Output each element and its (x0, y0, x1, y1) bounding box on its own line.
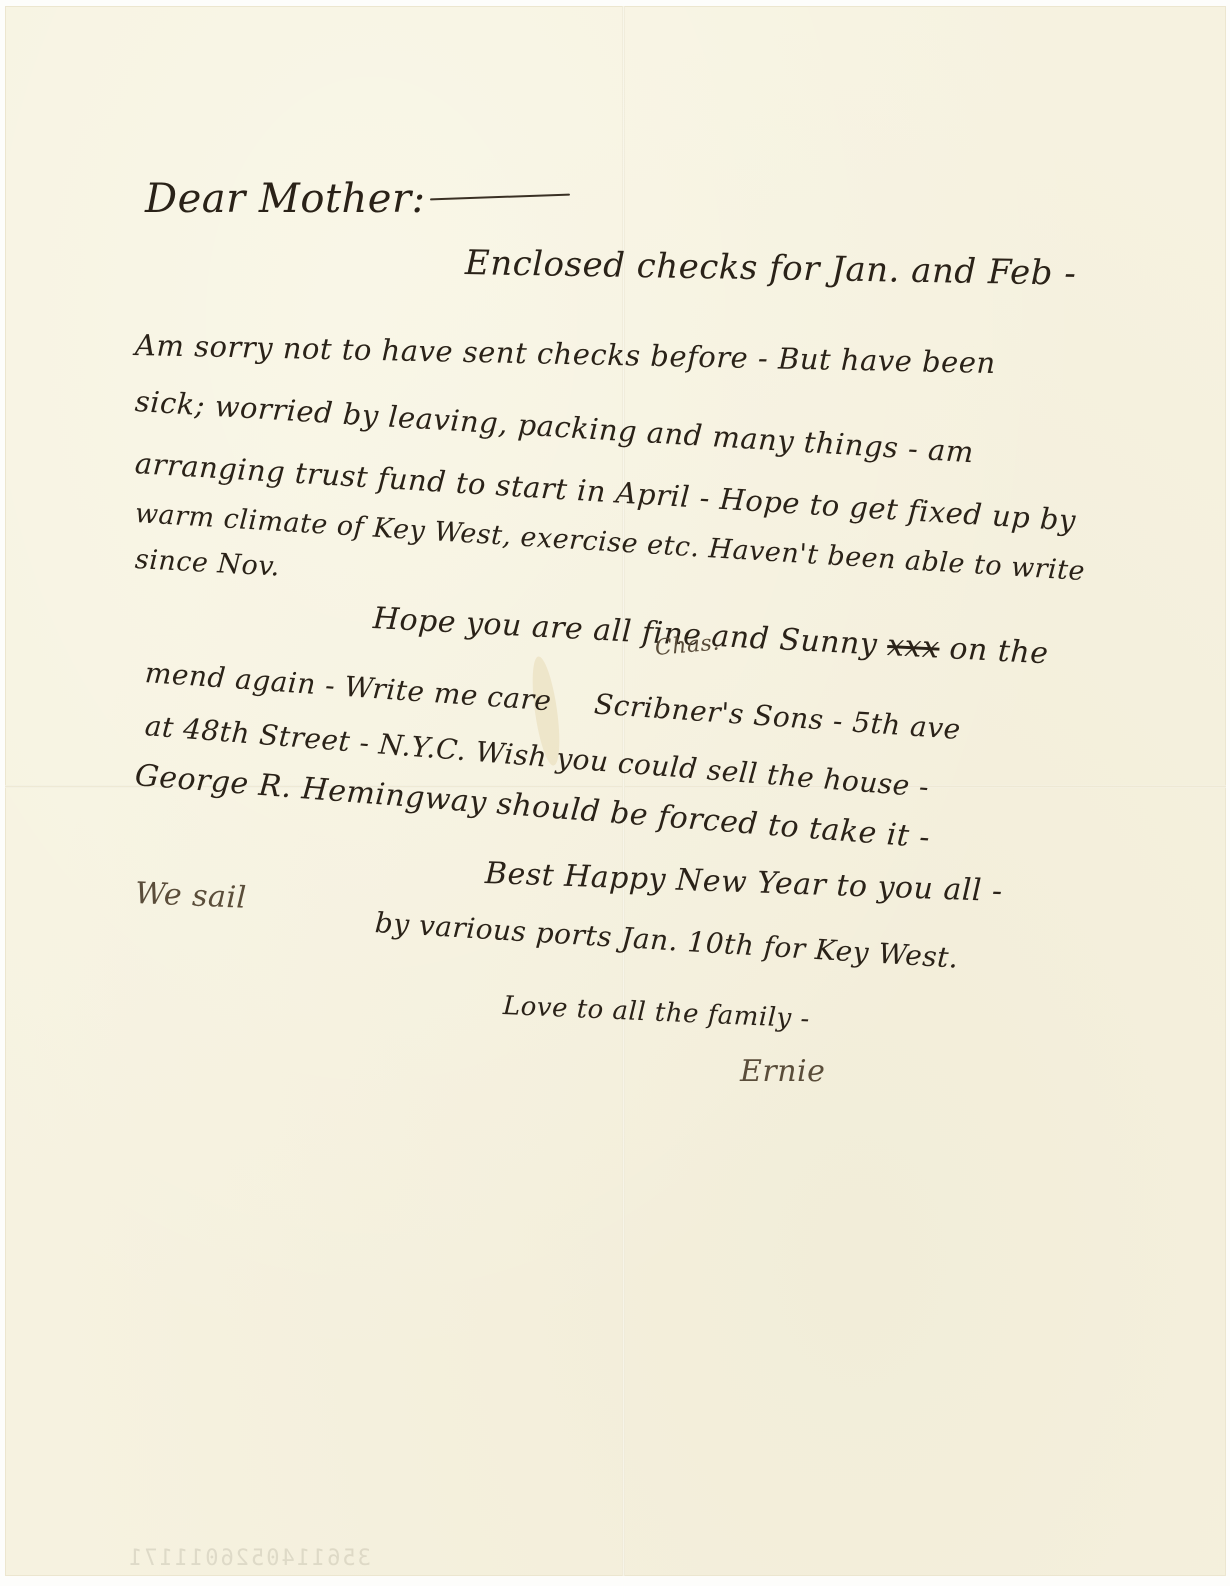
letter-line-7-text: Hope you are all fine and Sunny (372, 601, 878, 662)
bleed-through-stamp-number: 3561140526011171 (127, 1546, 371, 1571)
inserted-word-chas: Chas. (654, 630, 721, 661)
insertion-caret (560, 711, 584, 713)
vertical-fold-crease (622, 6, 625, 1576)
letter-page: Dear Mother: Enclosed checks for Jan. an… (5, 6, 1226, 1576)
salutation-flourish (430, 194, 570, 201)
new-year-greeting: Best Happy New Year to you all - (484, 856, 1003, 909)
sailing-note-start: We sail (134, 876, 247, 916)
signature: Ernie (740, 1054, 825, 1089)
struck-out-word: xxx (886, 628, 940, 666)
letter-line-8-text: mend again - Write me care (144, 656, 553, 717)
closing-line: Love to all the family - (502, 991, 810, 1034)
letter-line-2: Am sorry not to have sent checks before … (135, 328, 996, 380)
letter-line-8-end: Scribner's Sons - 5th ave (593, 687, 962, 746)
letter-line-6: since Nov. (134, 544, 281, 583)
salutation: Dear Mother: (145, 176, 426, 222)
letter-line-7-end: on the (949, 631, 1050, 671)
sailing-note: by various ports Jan. 10th for Key West. (374, 906, 959, 975)
letter-line-1: Enclosed checks for Jan. and Feb - (465, 243, 1077, 294)
